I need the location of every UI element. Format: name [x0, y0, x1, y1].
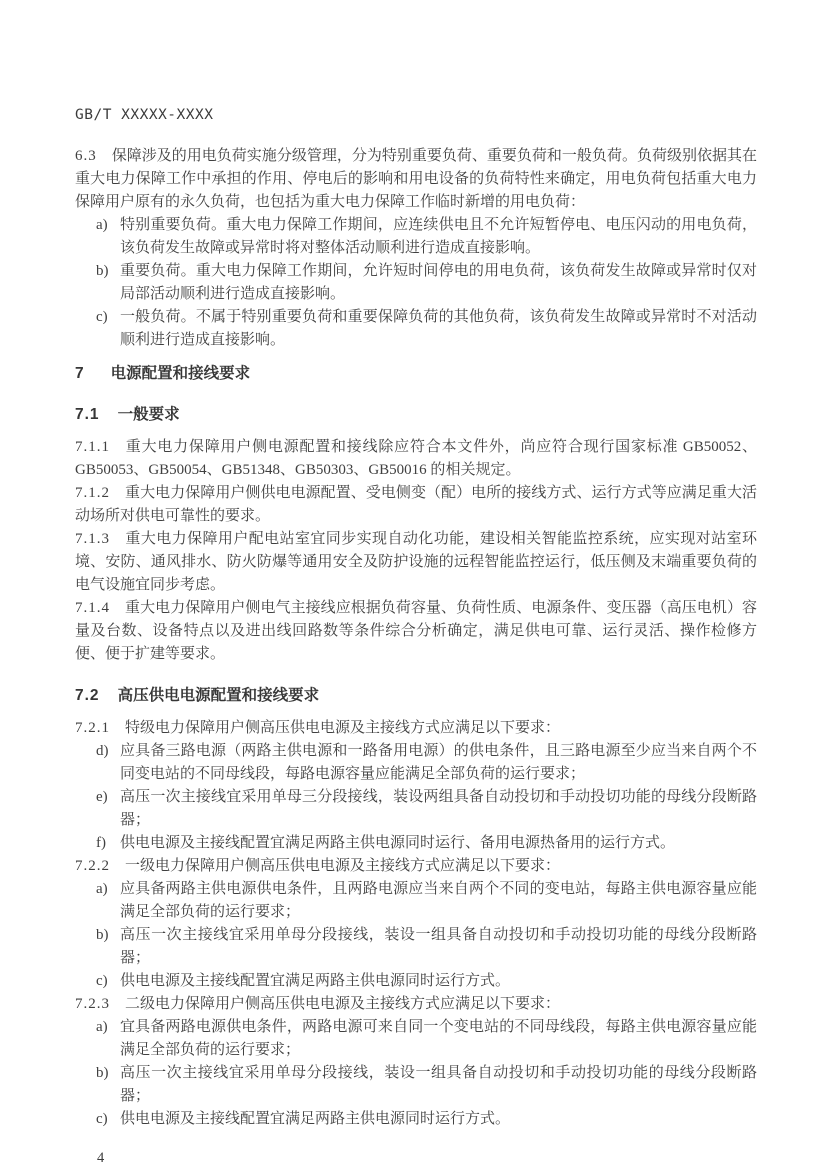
list-item-text: 应具备两路主供电源供电条件，且两路电源应当来自两个不同的变电站，每路主供电源容量…	[120, 878, 757, 924]
clause-paragraph: 6.3保障涉及的用电负荷实施分级管理，分为特别重要负荷、重要负荷和一般负荷。负荷…	[75, 145, 757, 214]
list-item-label: d)	[96, 740, 120, 786]
list-item-text: 高压一次主接线宜采用单母分段接线，装设一组具备自动投切和手动投切功能的母线分段断…	[120, 924, 757, 970]
subsection-heading: 7.1一般要求	[75, 403, 757, 426]
clause-number: 7.1.2	[75, 485, 110, 501]
document-header-standard-number: GB/T XXXXX-XXXX	[75, 104, 757, 127]
clause-number: 7.1.4	[75, 600, 110, 616]
list-item-label: f)	[96, 832, 120, 855]
list-item-text: 高压一次主接线宜采用单母三分段接线，装设两组具备自动投切和手动投切功能的母线分段…	[120, 786, 757, 832]
list-item: f)供电电源及主接线配置宜满足两路主供电源同时运行、备用电源热备用的运行方式。	[75, 832, 757, 855]
list-item-label: b)	[96, 924, 120, 970]
clause-number: 7.1.3	[75, 531, 110, 547]
list-item-label: c)	[96, 1108, 120, 1131]
list-item: a)应具备两路主供电源供电条件，且两路电源应当来自两个不同的变电站，每路主供电源…	[75, 878, 757, 924]
list-item-text: 高压一次主接线宜采用单母分段接线，装设一组具备自动投切和手动投切功能的母线分段断…	[120, 1062, 757, 1108]
list-item: a)特别重要负荷。重大电力保障工作期间，应连续供电且不允许短暂停电、电压闪动的用…	[75, 214, 757, 260]
list-item-text: 供电电源及主接线配置宜满足两路主供电源同时运行方式。	[120, 1108, 757, 1131]
clause-number: 6.3	[75, 148, 97, 164]
list-item-label: b)	[96, 1062, 120, 1108]
list-item-text: 重要负荷。重大电力保障工作期间，允许短时间停电的用电负荷，该负荷发生故障或异常时…	[120, 260, 757, 306]
clause-paragraph: 7.1.2重大电力保障用户侧供电电源配置、受电侧变（配）电所的接线方式、运行方式…	[75, 482, 757, 528]
heading-number: 7	[75, 365, 85, 382]
list-item: b)高压一次主接线宜采用单母分段接线，装设一组具备自动投切和手动投切功能的母线分…	[75, 1062, 757, 1108]
list-item-label: a)	[96, 214, 120, 260]
clause-number: 7.2.1	[75, 720, 110, 736]
heading-text: 一般要求	[118, 406, 180, 423]
subsection-heading: 7.2高压供电电源配置和接线要求	[75, 684, 757, 707]
clause-number: 7.2.3	[75, 996, 110, 1012]
list-item: b)重要负荷。重大电力保障工作期间，允许短时间停电的用电负荷，该负荷发生故障或异…	[75, 260, 757, 306]
list-item-label: b)	[96, 260, 120, 306]
clause-paragraph: 7.2.3二级电力保障用户侧高压供电电源及主接线方式应满足以下要求：	[75, 993, 757, 1016]
clause-paragraph: 7.2.2一级电力保障用户侧高压供电电源及主接线方式应满足以下要求：	[75, 855, 757, 878]
clause-paragraph: 7.1.3重大电力保障用户配电站室宜同步实现自动化功能，建设相关智能监控系统，应…	[75, 528, 757, 597]
clause-paragraph: 7.1.4重大电力保障用户侧电气主接线应根据负荷容量、负荷性质、电源条件、变压器…	[75, 597, 757, 666]
list-item-text: 供电电源及主接线配置宜满足两路主供电源同时运行方式。	[120, 970, 757, 993]
section-heading: 7电源配置和接线要求	[75, 362, 757, 385]
page-number: 4	[75, 1147, 757, 1170]
clause-paragraph: 7.2.1特级电力保障用户侧高压供电电源及主接线方式应满足以下要求：	[75, 717, 757, 740]
list-item-text: 供电电源及主接线配置宜满足两路主供电源同时运行、备用电源热备用的运行方式。	[120, 832, 757, 855]
list-item: c)供电电源及主接线配置宜满足两路主供电源同时运行方式。	[75, 1108, 757, 1131]
list-item-text: 应具备三路电源（两路主供电源和一路备用电源）的供电条件，且三路电源至少应当来自两…	[120, 740, 757, 786]
list-item-label: a)	[96, 1016, 120, 1062]
list-item-text: 一般负荷。不属于特别重要负荷和重要保障负荷的其他负荷，该负荷发生故障或异常时不对…	[120, 306, 757, 352]
heading-number: 7.2	[75, 687, 100, 704]
list-item-label: c)	[96, 970, 120, 993]
list-item-label: a)	[96, 878, 120, 924]
list-item: b)高压一次主接线宜采用单母分段接线，装设一组具备自动投切和手动投切功能的母线分…	[75, 924, 757, 970]
standard-document-page: GB/T XXXXX-XXXX 6.3保障涉及的用电负荷实施分级管理，分为特别重…	[0, 0, 827, 1170]
document-blocks: 6.3保障涉及的用电负荷实施分级管理，分为特别重要负荷、重要负荷和一般负荷。负荷…	[75, 145, 757, 1131]
heading-text: 电源配置和接线要求	[111, 365, 251, 382]
list-item: d)应具备三路电源（两路主供电源和一路备用电源）的供电条件，且三路电源至少应当来…	[75, 740, 757, 786]
clause-number: 7.1.1	[75, 439, 110, 455]
heading-number: 7.1	[75, 406, 100, 423]
list-item-label: e)	[96, 786, 120, 832]
clause-number: 7.2.2	[75, 858, 110, 874]
list-item: c)供电电源及主接线配置宜满足两路主供电源同时运行方式。	[75, 970, 757, 993]
list-item-text: 特别重要负荷。重大电力保障工作期间，应连续供电且不允许短暂停电、电压闪动的用电负…	[120, 214, 757, 260]
list-item-label: c)	[96, 306, 120, 352]
clause-paragraph: 7.1.1重大电力保障用户侧电源配置和接线除应符合本文件外，尚应符合现行国家标准…	[75, 436, 757, 482]
list-item: c)一般负荷。不属于特别重要负荷和重要保障负荷的其他负荷，该负荷发生故障或异常时…	[75, 306, 757, 352]
list-item: a)宜具备两路电源供电条件，两路电源可来自同一个变电站的不同母线段，每路主供电源…	[75, 1016, 757, 1062]
heading-text: 高压供电电源配置和接线要求	[118, 687, 320, 704]
list-item-text: 宜具备两路电源供电条件，两路电源可来自同一个变电站的不同母线段，每路主供电源容量…	[120, 1016, 757, 1062]
list-item: e)高压一次主接线宜采用单母三分段接线，装设两组具备自动投切和手动投切功能的母线…	[75, 786, 757, 832]
